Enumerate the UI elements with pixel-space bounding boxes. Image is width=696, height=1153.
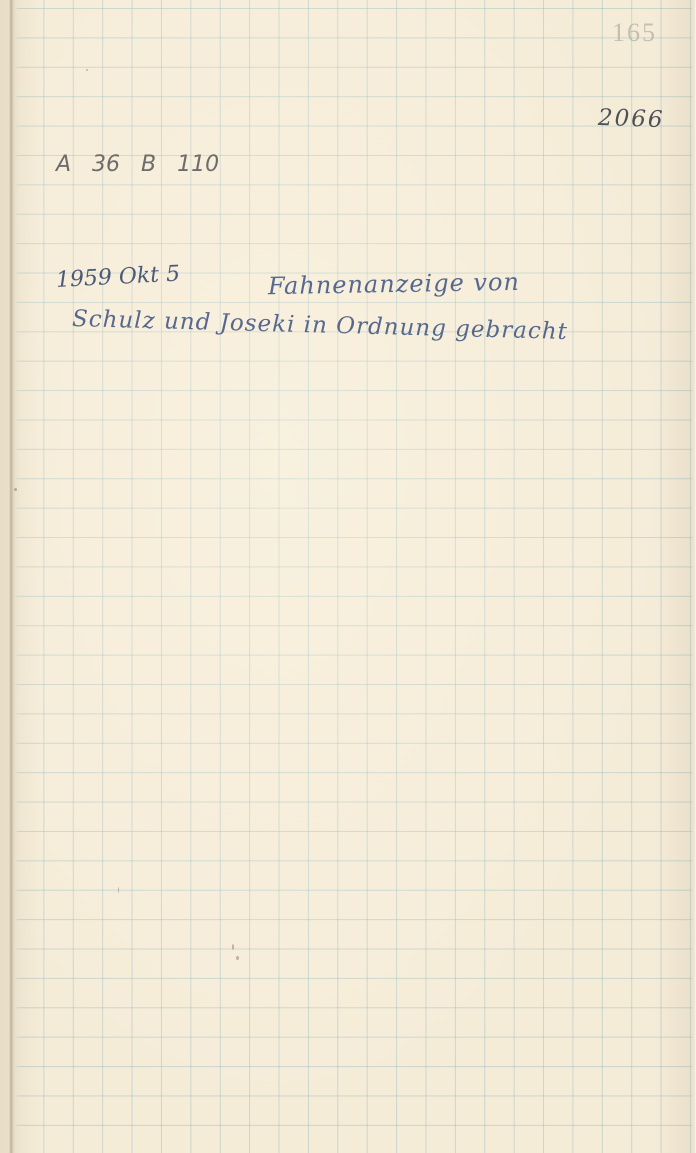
entry-text-line-2: Schulz und Joseki in Ordnung gebracht bbox=[72, 306, 569, 345]
paper-speck bbox=[236, 956, 239, 960]
archive-number: 2066 bbox=[598, 105, 665, 133]
entry-text-line-1: Fahnenanzeige von bbox=[268, 268, 520, 300]
paper-speck bbox=[118, 887, 119, 893]
notebook-page: 165 2066 A 36 B 110 1959 Okt 5 Fahnenanz… bbox=[0, 0, 696, 1153]
paper-speck bbox=[232, 944, 234, 950]
shelf-mark: A 36 B 110 bbox=[56, 152, 219, 177]
stamped-page-number: 165 bbox=[612, 18, 657, 48]
page-right-edge bbox=[690, 0, 696, 1153]
binding-edge bbox=[0, 0, 20, 1153]
paper-speck bbox=[14, 488, 17, 491]
entry-date: 1959 Okt 5 bbox=[55, 262, 180, 293]
paper-speck bbox=[86, 69, 88, 71]
